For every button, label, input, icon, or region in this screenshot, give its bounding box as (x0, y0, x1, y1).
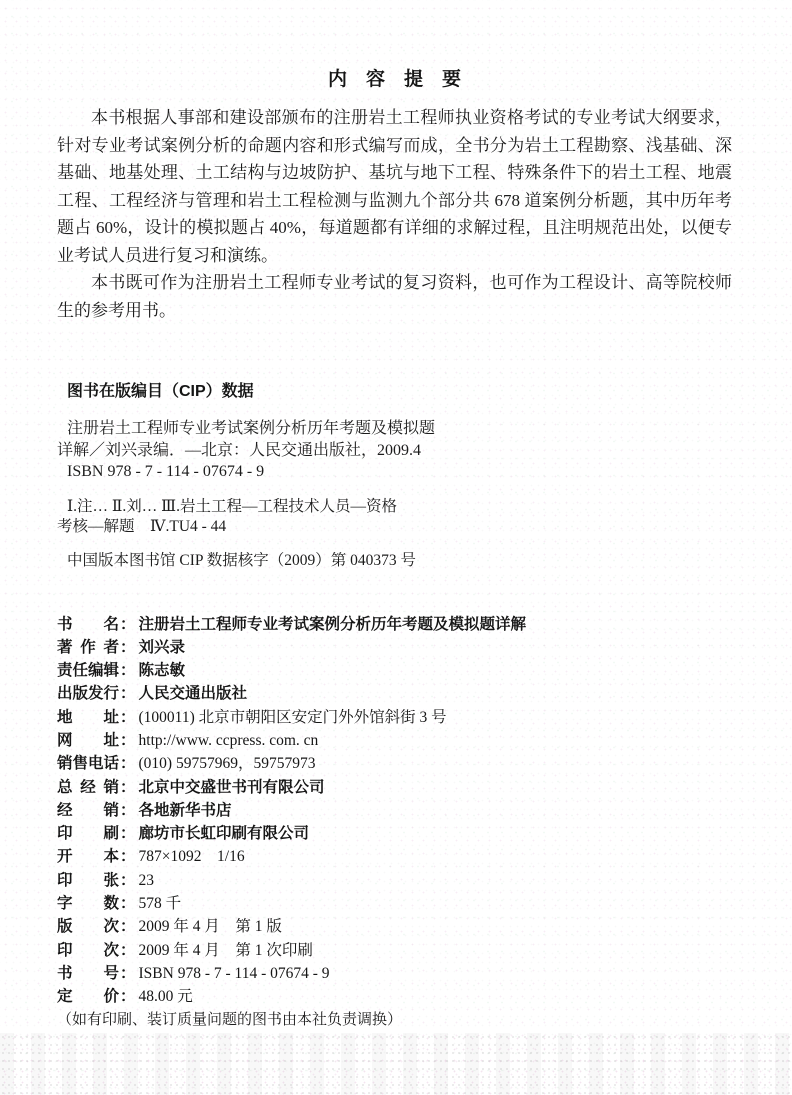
cip-isbn-line: ISBN 978 - 7 - 114 - 07674 - 9 (57, 461, 732, 483)
colophon-label: 定价 (57, 985, 119, 1008)
colophon-row-publisher: 出版发行：人民交通出版社 (57, 682, 732, 705)
exchange-note: （如有印刷、装订质量问题的图书由本社负责调换） (57, 1010, 732, 1030)
colophon-row-impression: 印次：2009 年 4 月 第 1 次印刷 (57, 939, 732, 962)
colophon-colon: ： (120, 848, 136, 865)
cip-record-number: 中国版本图书馆 CIP 数据核字（2009）第 040373 号 (57, 552, 732, 570)
colophon-label: 书号 (57, 962, 119, 985)
colophon-colon: ： (120, 662, 136, 679)
cip-entry: 注册岩土工程师专业考试案例分析历年考题及模拟题 详解／刘兴录编．—北京：人民交通… (57, 418, 732, 483)
colophon-colon: ： (120, 895, 136, 912)
cip-section: 图书在版编目（CIP）数据 注册岩土工程师专业考试案例分析历年考题及模拟题 详解… (57, 383, 732, 570)
colophon-value: http://www. ccpress. com. cn (139, 732, 319, 749)
colophon-label: 印次 (57, 939, 119, 962)
cip-classification: Ⅰ.注… Ⅱ.刘… Ⅲ.岩土工程—工程技术人员—资格 考核—解题 Ⅳ.TU4 -… (57, 497, 732, 537)
colophon-label: 版次 (57, 915, 119, 938)
book-copyright-page: 内 容 提 要 本书根据人事部和建设部颁布的注册岩土工程师执业资格考试的专业考试… (0, 0, 792, 1095)
colophon-colon: ： (120, 685, 136, 702)
page-content: 内 容 提 要 本书根据人事部和建设部颁布的注册岩土工程师执业资格考试的专业考试… (0, 70, 792, 1030)
colophon-colon: ： (120, 802, 136, 819)
colophon-value: ISBN 978 - 7 - 114 - 07674 - 9 (139, 965, 330, 982)
colophon-value: 787×1092 1/16 (139, 848, 245, 865)
colophon-value: 578 千 (139, 895, 182, 912)
colophon-label: 印刷 (57, 822, 119, 845)
colophon-colon: ： (120, 779, 136, 796)
cip-entry-line: 详解／刘兴录编．—北京：人民交通出版社，2009.4 (57, 440, 732, 462)
colophon-value: 北京中交盛世书刊有限公司 (139, 779, 325, 796)
cip-entry-line: 注册岩土工程师专业考试案例分析历年考题及模拟题 (57, 418, 732, 440)
colophon-row-isbn: 书号：ISBN 978 - 7 - 114 - 07674 - 9 (57, 962, 732, 985)
colophon-value: 2009 年 4 月 第 1 次印刷 (139, 942, 313, 959)
colophon-row-title: 书名：注册岩土工程师专业考试案例分析历年考题及模拟题详解 (57, 613, 732, 636)
colophon-row-sales-phone: 销售电话：(010) 59757969，59757973 (57, 752, 732, 775)
colophon-colon: ： (120, 755, 136, 772)
colophon-value: 48.00 元 (139, 988, 193, 1005)
colophon-row-website: 网址：http://www. ccpress. com. cn (57, 729, 732, 752)
colophon-colon: ： (120, 918, 136, 935)
colophon-row-printer: 印刷：廊坊市长虹印刷有限公司 (57, 822, 732, 845)
colophon-label: 著作者 (57, 636, 119, 659)
colophon-list: 书名：注册岩土工程师专业考试案例分析历年考题及模拟题详解 著作者：刘兴录 责任编… (57, 613, 732, 1009)
colophon-label: 网址 (57, 729, 119, 752)
colophon-row-author: 著作者：刘兴录 (57, 636, 732, 659)
colophon-label: 总经销 (57, 776, 119, 799)
colophon-label: 经销 (57, 799, 119, 822)
colophon-colon: ： (120, 942, 136, 959)
colophon-value: 注册岩土工程师专业考试案例分析历年考题及模拟题详解 (139, 616, 527, 633)
colophon-value: 各地新华书店 (139, 802, 232, 819)
colophon-row-format: 开本：787×1092 1/16 (57, 845, 732, 868)
colophon-value: (100011) 北京市朝阳区安定门外外馆斜街 3 号 (139, 709, 447, 726)
colophon-colon: ： (120, 872, 136, 889)
colophon-row-retail: 经销：各地新华书店 (57, 799, 732, 822)
summary-paragraph-2: 本书既可作为注册岩土工程师专业考试的复习资料，也可作为工程设计、高等院校师生的参… (57, 269, 732, 324)
colophon-colon: ： (120, 709, 136, 726)
colophon-value: 陈志敏 (139, 662, 186, 679)
colophon-label: 出版发行 (57, 682, 119, 705)
colophon-row-edition: 版次：2009 年 4 月 第 1 版 (57, 915, 732, 938)
colophon-value: 廊坊市长虹印刷有限公司 (139, 825, 310, 842)
cip-header: 图书在版编目（CIP）数据 (57, 383, 732, 401)
colophon-value: 人民交通出版社 (139, 685, 248, 702)
cip-classification-line: 考核—解题 Ⅳ.TU4 - 44 (57, 517, 732, 537)
colophon-label: 责任编辑 (57, 659, 119, 682)
colophon-row-address: 地址：(100011) 北京市朝阳区安定门外外馆斜街 3 号 (57, 706, 732, 729)
colophon-row-sheets: 印张：23 (57, 869, 732, 892)
colophon-colon: ： (120, 616, 136, 633)
colophon-label: 字数 (57, 892, 119, 915)
colophon-row-distributor: 总经销：北京中交盛世书刊有限公司 (57, 776, 732, 799)
colophon-colon: ： (120, 965, 136, 982)
colophon-value: 2009 年 4 月 第 1 版 (139, 918, 282, 935)
colophon-row-price: 定价：48.00 元 (57, 985, 732, 1008)
page-title: 内 容 提 要 (57, 70, 732, 90)
colophon-colon: ： (120, 639, 136, 656)
cip-classification-line: Ⅰ.注… Ⅱ.刘… Ⅲ.岩土工程—工程技术人员—资格 (57, 497, 732, 517)
colophon-value: (010) 59757969，59757973 (139, 755, 316, 772)
colophon-label: 印张 (57, 869, 119, 892)
scan-noise-texture (0, 1033, 792, 1095)
colophon-row-editor: 责任编辑：陈志敏 (57, 659, 732, 682)
colophon-value: 刘兴录 (139, 639, 186, 656)
colophon-label: 书名 (57, 613, 119, 636)
colophon-colon: ： (120, 732, 136, 749)
colophon-value: 23 (139, 872, 155, 889)
colophon-colon: ： (120, 825, 136, 842)
colophon-label: 开本 (57, 845, 119, 868)
colophon-colon: ： (120, 988, 136, 1005)
colophon-row-word-count: 字数：578 千 (57, 892, 732, 915)
colophon-label: 地址 (57, 706, 119, 729)
summary-paragraph-1: 本书根据人事部和建设部颁布的注册岩土工程师执业资格考试的专业考试大纲要求，针对专… (57, 104, 732, 269)
colophon-label: 销售电话 (57, 752, 119, 775)
